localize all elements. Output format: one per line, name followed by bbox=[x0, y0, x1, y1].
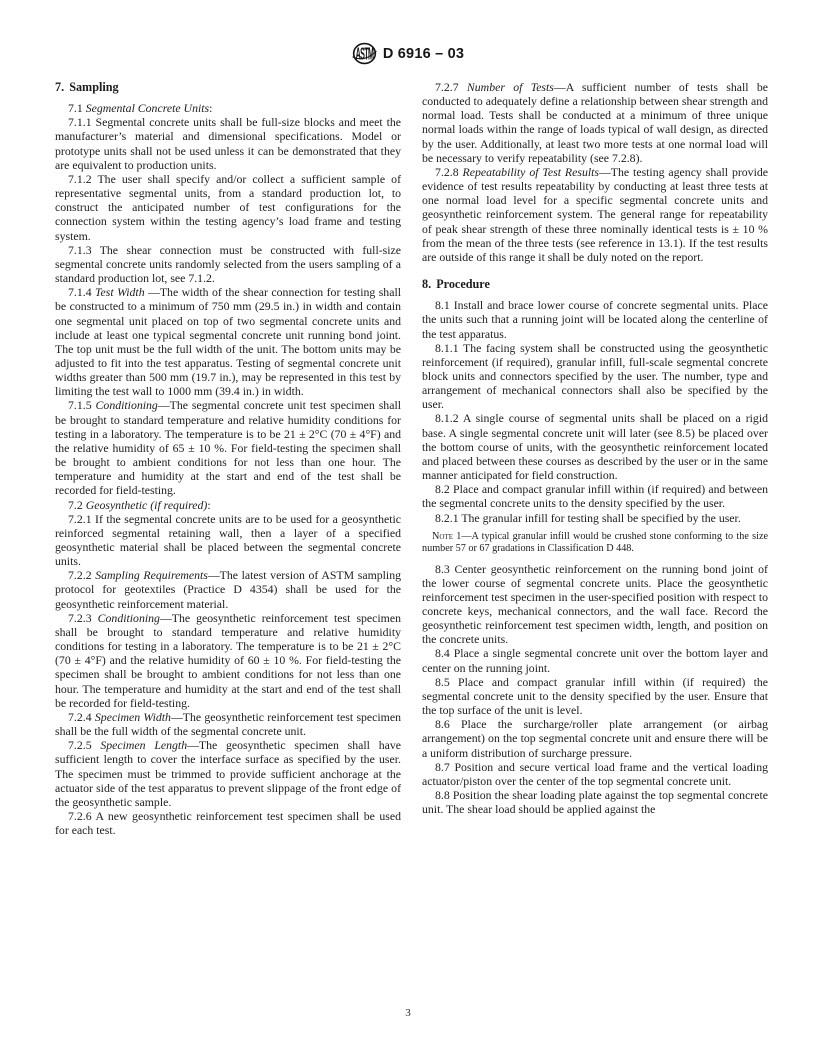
section-heading: 7. Sampling bbox=[55, 80, 401, 94]
body-paragraph: 7.2.3 Conditioning—The geosynthetic rein… bbox=[55, 611, 401, 710]
section-heading: 8. Procedure bbox=[422, 277, 768, 291]
body-paragraph: 7.1.1 Segmental concrete units shall be … bbox=[55, 115, 401, 172]
body-paragraph: 7.2.7 Number of Tests—A sufficient numbe… bbox=[422, 80, 768, 165]
body-paragraph: 8.1.2 A single course of segmental units… bbox=[422, 411, 768, 482]
document-page: ASTM D 6916 – 03 7. Sampling7.1 Segmenta… bbox=[0, 0, 816, 1056]
body-paragraph: 8.8 Position the shear loading plate aga… bbox=[422, 788, 768, 816]
body-paragraph: 8.2 Place and compact granular infill wi… bbox=[422, 482, 768, 510]
body-paragraph: 7.1.4 Test Width —The width of the shear… bbox=[55, 285, 401, 398]
body-paragraph: 7.1.3 The shear connection must be const… bbox=[55, 243, 401, 285]
right-column: 7.2.7 Number of Tests—A sufficient numbe… bbox=[422, 80, 768, 837]
note-paragraph: Note 1—A typical granular infill would b… bbox=[422, 531, 768, 556]
body-paragraph: 7.1 Segmental Concrete Units: bbox=[55, 101, 401, 115]
body-paragraph: 7.1.5 Conditioning—The segmental concret… bbox=[55, 398, 401, 497]
body-paragraph: 7.2.2 Sampling Requirements—The latest v… bbox=[55, 568, 401, 610]
body-paragraph: 8.1.1 The facing system shall be constru… bbox=[422, 341, 768, 412]
body-paragraph: 7.2.8 Repeatability of Test Results—The … bbox=[422, 165, 768, 264]
body-paragraph: 7.2 Geosynthetic (if required): bbox=[55, 498, 401, 512]
doc-code: D 6916 – 03 bbox=[383, 46, 464, 62]
body-paragraph: 8.4 Place a single segmental concrete un… bbox=[422, 646, 768, 674]
page-number: 3 bbox=[0, 1007, 816, 1019]
astm-logo-letters: ASTM bbox=[355, 44, 373, 64]
document-body: 7. Sampling7.1 Segmental Concrete Units:… bbox=[55, 80, 768, 837]
astm-logo-icon: ASTM bbox=[352, 42, 377, 65]
body-paragraph: 8.2.1 The granular infill for testing sh… bbox=[422, 511, 768, 525]
left-column: 7. Sampling7.1 Segmental Concrete Units:… bbox=[55, 80, 401, 837]
body-paragraph: 7.2.1 If the segmental concrete units ar… bbox=[55, 512, 401, 569]
body-paragraph: 7.1.2 The user shall specify and/or coll… bbox=[55, 172, 401, 243]
body-paragraph: 7.2.6 A new geosynthetic reinforcement t… bbox=[55, 809, 401, 837]
body-paragraph: 8.7 Position and secure vertical load fr… bbox=[422, 760, 768, 788]
body-paragraph: 8.3 Center geosynthetic reinforcement on… bbox=[422, 562, 768, 647]
body-paragraph: 8.6 Place the surcharge/roller plate arr… bbox=[422, 717, 768, 759]
body-paragraph: 8.1 Install and brace lower course of co… bbox=[422, 298, 768, 340]
body-paragraph: 7.2.5 Specimen Length—The geosynthetic s… bbox=[55, 738, 401, 809]
body-paragraph: 7.2.4 Specimen Width—The geosynthetic re… bbox=[55, 710, 401, 738]
body-paragraph: 8.5 Place and compact granular infill wi… bbox=[422, 675, 768, 717]
page-header: ASTM D 6916 – 03 bbox=[0, 42, 816, 65]
